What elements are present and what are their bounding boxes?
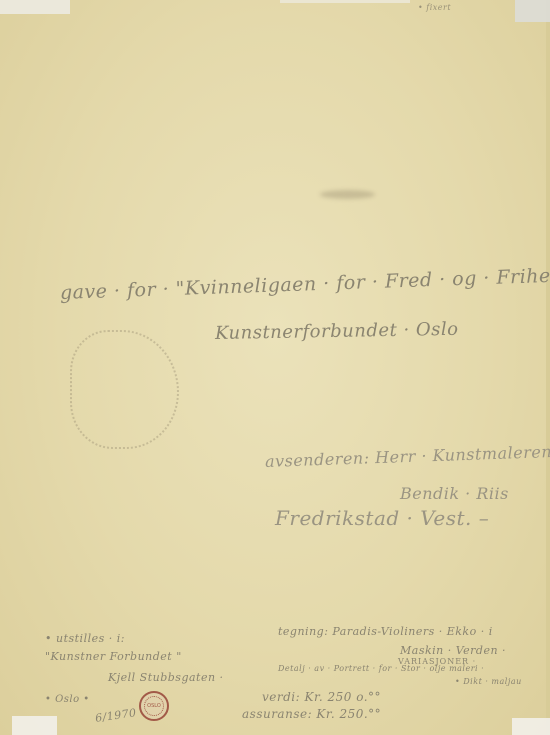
exhibited-line-1: • utstilles · i: — [45, 632, 125, 645]
insurance-line: assuranse: Kr. 250.°° — [242, 707, 381, 721]
pencil-smudge — [320, 190, 375, 199]
dedication-line-2: Kunstnerforbundet · Oslo — [215, 319, 459, 344]
tape-bottom-left — [12, 716, 57, 735]
institution-stamp: OSLO — [139, 691, 169, 721]
exhibited-city: • Oslo • — [45, 694, 90, 705]
value-line: verdi: Kr. 250 o.°° — [262, 690, 381, 704]
note-fixert: • fixert — [418, 3, 451, 12]
detail-line-2: • Dikt · maljau — [455, 677, 522, 686]
tape-top-right — [515, 0, 550, 22]
tape-bottom-right — [512, 718, 550, 735]
faint-sketch-trace — [70, 330, 179, 449]
tape-top — [280, 0, 410, 3]
drawing-title-line-1: tegning: Paradis-Violiners · Ekko · i — [278, 625, 493, 638]
tape-top-left — [0, 0, 70, 14]
drawing-title-line-2: Maskin · Verden · — [400, 644, 506, 657]
exhibited-line-3: Kjell Stubbsgaten · — [108, 671, 224, 684]
sender-line-3: Fredrikstad · Vest. – — [275, 506, 489, 530]
exhibited-line-2: "Kunstner Forbundet " — [45, 650, 182, 663]
detail-line-1: Detalj · av · Portrett · for · Stor · ol… — [278, 664, 484, 673]
paper-edge — [546, 0, 550, 735]
sender-line-2: Bendik · Riis — [400, 484, 509, 503]
stamp-center-text: OSLO — [147, 703, 161, 709]
